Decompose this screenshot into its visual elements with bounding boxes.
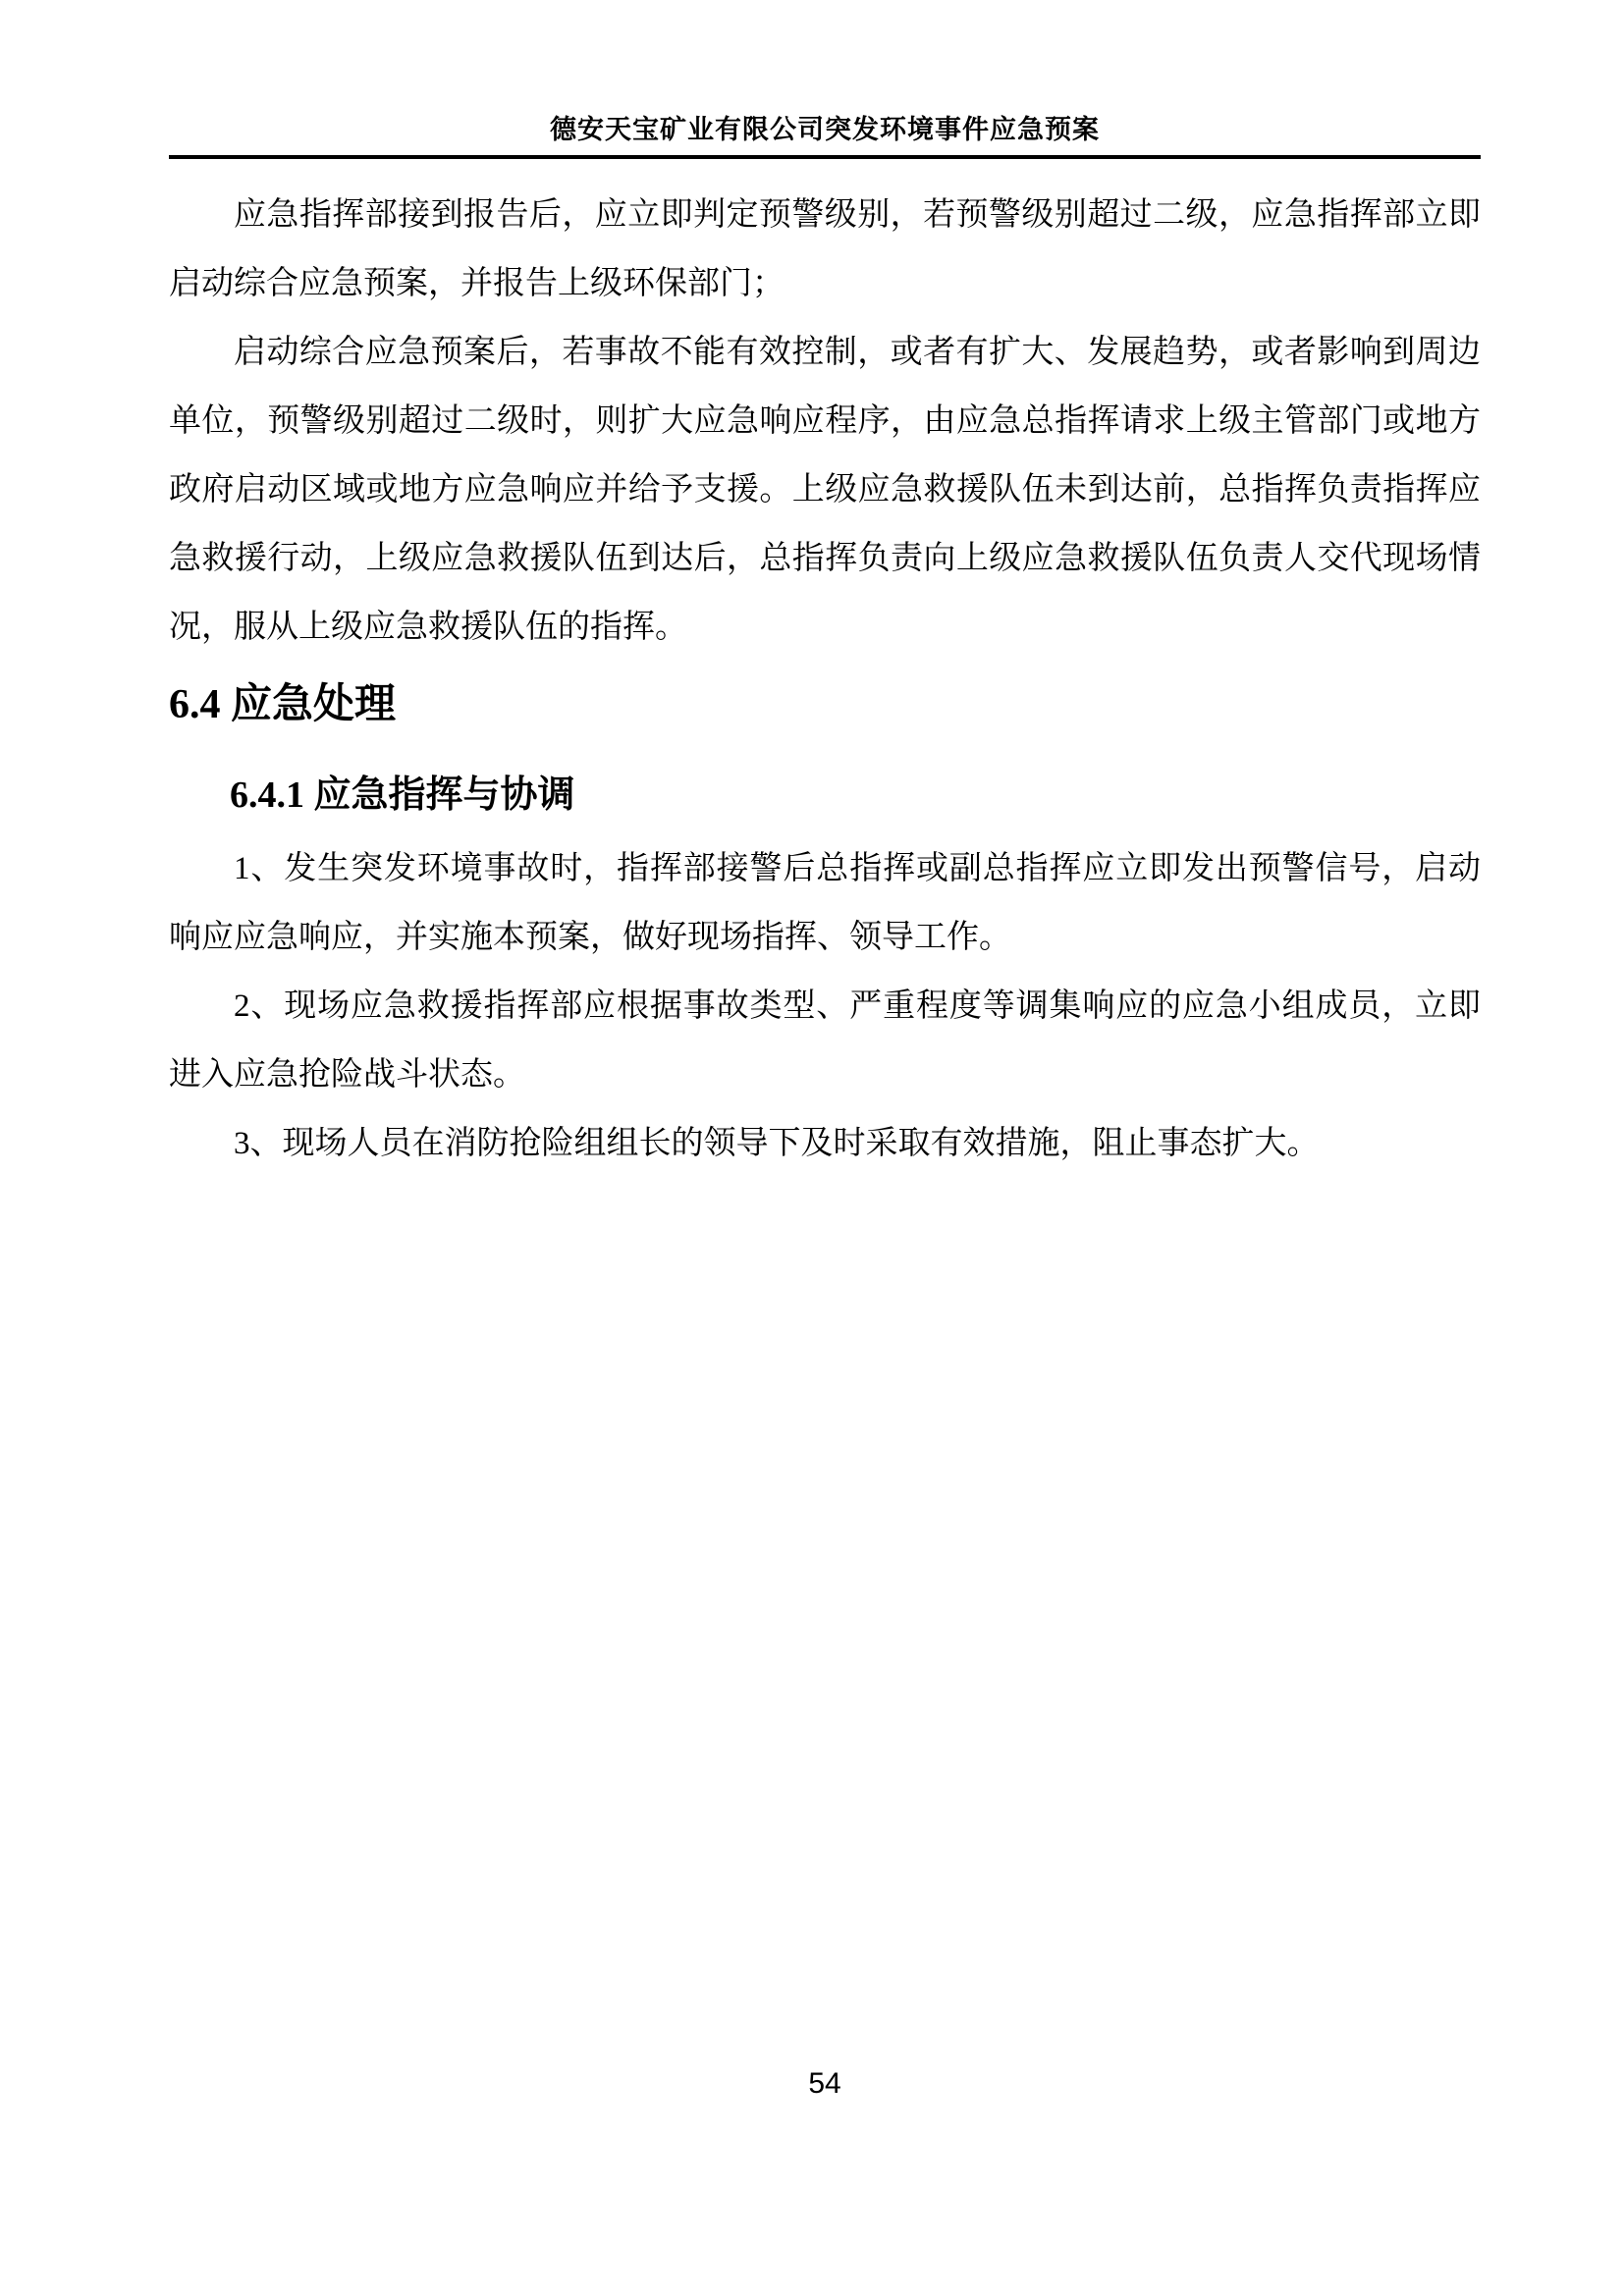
page-number: 54 [808, 2067, 840, 2100]
list-item: 1、发生突发环境事故时，指挥部接警后总指挥或副总指挥应立即发出预警信号，启动响应… [169, 834, 1481, 972]
paragraph: 启动综合应急预案后，若事故不能有效控制，或者有扩大、发展趋势，或者影响到周边单位… [169, 318, 1481, 662]
list-item: 2、现场应急救援指挥部应根据事故类型、严重程度等调集响应的应急小组成员，立即进入… [169, 972, 1481, 1109]
header-title: 德安天宝矿业有限公司突发环境事件应急预案 [169, 114, 1481, 145]
list-item: 3、现场人员在消防抢险组组长的领导下及时采取有效措施，阻止事态扩大。 [169, 1109, 1481, 1178]
subsection-heading-6-4-1: 6.4.1 应急指挥与协调 [230, 771, 1481, 820]
document-body: 应急指挥部接到报告后，应立即判定预警级别，若预警级别超过二级，应急指挥部立即启动… [169, 181, 1481, 1178]
paragraph: 应急指挥部接到报告后，应立即判定预警级别，若预警级别超过二级，应急指挥部立即启动… [169, 181, 1481, 318]
page-header: 德安天宝矿业有限公司突发环境事件应急预案 [169, 0, 1481, 159]
section-heading-6-4: 6.4 应急处理 [169, 677, 1481, 732]
document-page: 德安天宝矿业有限公司突发环境事件应急预案 应急指挥部接到报告后，应立即判定预警级… [0, 0, 1624, 2296]
page-footer: 54 [169, 2064, 1481, 2104]
